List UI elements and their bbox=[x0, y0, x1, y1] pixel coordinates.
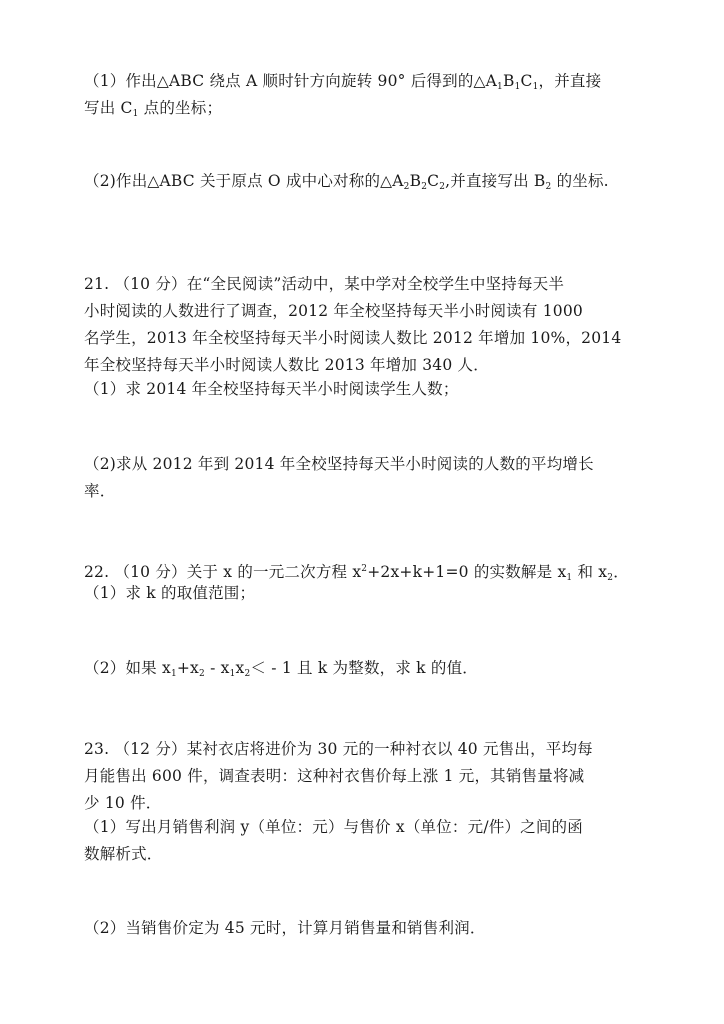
q21-line3: 名学生，2013 年全校坚持每天半小时阅读人数比 2012 年增加 10%，20… bbox=[84, 326, 644, 350]
q21-line1: 21. （10 分）在“全民阅读”活动中，某中学对全校学生中坚持每天半 bbox=[84, 272, 644, 296]
text: （2）如果 x bbox=[84, 659, 171, 677]
q21-part2-line2: 率． bbox=[84, 479, 644, 503]
q23-line2: 月能售出 600 件，调查表明：这种衬衣售价每上涨 1 元，其销售量将减 bbox=[84, 764, 644, 788]
q20-part1-line2: 写出 C1 点的坐标； bbox=[84, 96, 644, 126]
text: - x bbox=[205, 659, 230, 677]
q21-line4: 年全校坚持每天半小时阅读人数比 2013 年增加 340 人． bbox=[84, 353, 644, 377]
text: B bbox=[410, 172, 422, 190]
q20-part1-line1: （1）作出△ABC 绕点 A 顺时针方向旋转 90° 后得到的△A1B1C1，并… bbox=[84, 69, 644, 99]
text: （1）作出△ABC 绕点 A 顺时针方向旋转 90° 后得到的△A bbox=[84, 72, 497, 90]
text: C bbox=[427, 172, 439, 190]
q23-line3: 少 10 件． bbox=[84, 791, 644, 815]
q23-part2: （2）当销售价定为 45 元时，计算月销售量和销售利润． bbox=[84, 916, 644, 940]
text: +2x+k+1=0 的实数解是 x bbox=[367, 563, 566, 581]
text: B bbox=[503, 72, 515, 90]
text: 写出 C bbox=[84, 99, 133, 117]
text: ＜ - 1 且 k 为整数，求 k 的值． bbox=[250, 659, 478, 677]
text: ． bbox=[613, 563, 629, 581]
text: 和 x bbox=[572, 563, 607, 581]
q23-part1-line2: 数解析式． bbox=[84, 842, 644, 866]
text: C bbox=[521, 72, 533, 90]
q21-part2-line1: （2)求从 2012 年到 2014 年全校坚持每天半小时阅读的人数的平均增长 bbox=[84, 452, 644, 476]
text: +x bbox=[177, 659, 199, 677]
text: 22. （10 分）关于 x 的一元二次方程 x bbox=[84, 563, 361, 581]
text: ,并直接写出 B bbox=[445, 172, 545, 190]
text: 点的坐标； bbox=[139, 99, 223, 117]
text: 的坐标. bbox=[551, 172, 608, 190]
text: （2)作出△ABC 关于原点 O 成中心对称的△A bbox=[84, 172, 404, 190]
q21-line2: 小时阅读的人数进行了调查，2012 年全校坚持每天半小时阅读有 1000 bbox=[84, 299, 644, 323]
q21-part1: （1）求 2014 年全校坚持每天半小时阅读学生人数； bbox=[84, 377, 644, 401]
q22-part1: （1）求 k 的取值范围； bbox=[84, 581, 644, 605]
q23-line1: 23. （12 分）某衬衣店将进价为 30 元的一种衬衣以 40 元售出，平均每 bbox=[84, 737, 644, 761]
text: ，并直接 bbox=[539, 72, 602, 90]
q22-part2: （2）如果 x1+x2 - x1x2＜ - 1 且 k 为整数，求 k 的值． bbox=[84, 656, 644, 686]
q23-part1-line1: （1）写出月销售利润 y（单位：元）与售价 x（单位：元/件）之间的函 bbox=[84, 815, 644, 839]
q20-part2: （2)作出△ABC 关于原点 O 成中心对称的△A2B2C2,并直接写出 B2 … bbox=[84, 169, 644, 199]
